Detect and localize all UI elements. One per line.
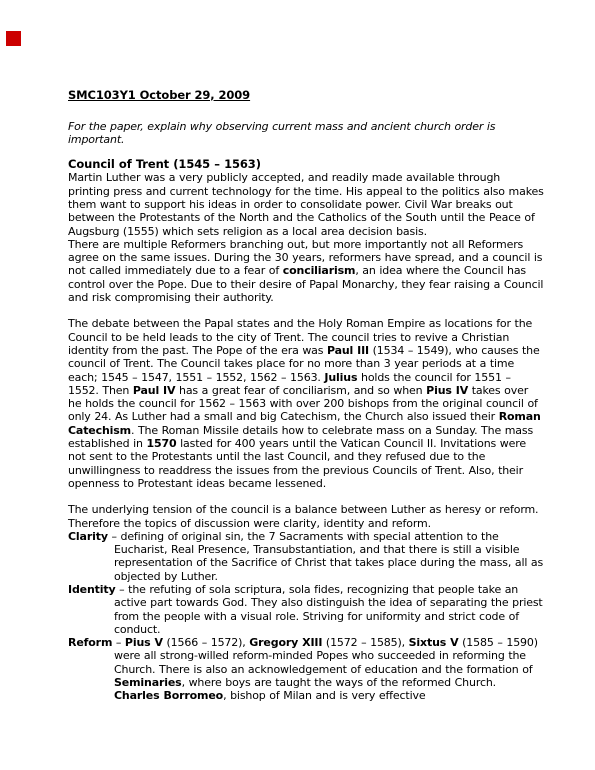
heading-council-of-trent: Council of Trent (1545 – 1563) <box>68 158 545 171</box>
page-title: SMC103Y1 October 29, 2009 <box>68 89 545 103</box>
paragraph-underlying-tension: The underlying tension of the council is… <box>68 503 545 530</box>
paragraph-martin-luther: Martin Luther was a very publicly accept… <box>68 171 545 237</box>
term-identity: Identity – the refuting of sola scriptur… <box>68 583 545 636</box>
paragraph-reformers: There are multiple Reformers branching o… <box>68 238 545 304</box>
red-square-marker <box>6 31 21 46</box>
document-page: SMC103Y1 October 29, 2009 For the paper,… <box>0 0 595 770</box>
document-body: Council of Trent (1545 – 1563)Martin Lut… <box>68 158 545 703</box>
term-reform: Reform – Pius V (1566 – 1572), Gregory X… <box>68 636 545 702</box>
term-clarity: Clarity – defining of original sin, the … <box>68 530 545 583</box>
intro-note: For the paper, explain why observing cur… <box>68 120 545 147</box>
paragraph-debate-trent: The debate between the Papal states and … <box>68 317 545 490</box>
